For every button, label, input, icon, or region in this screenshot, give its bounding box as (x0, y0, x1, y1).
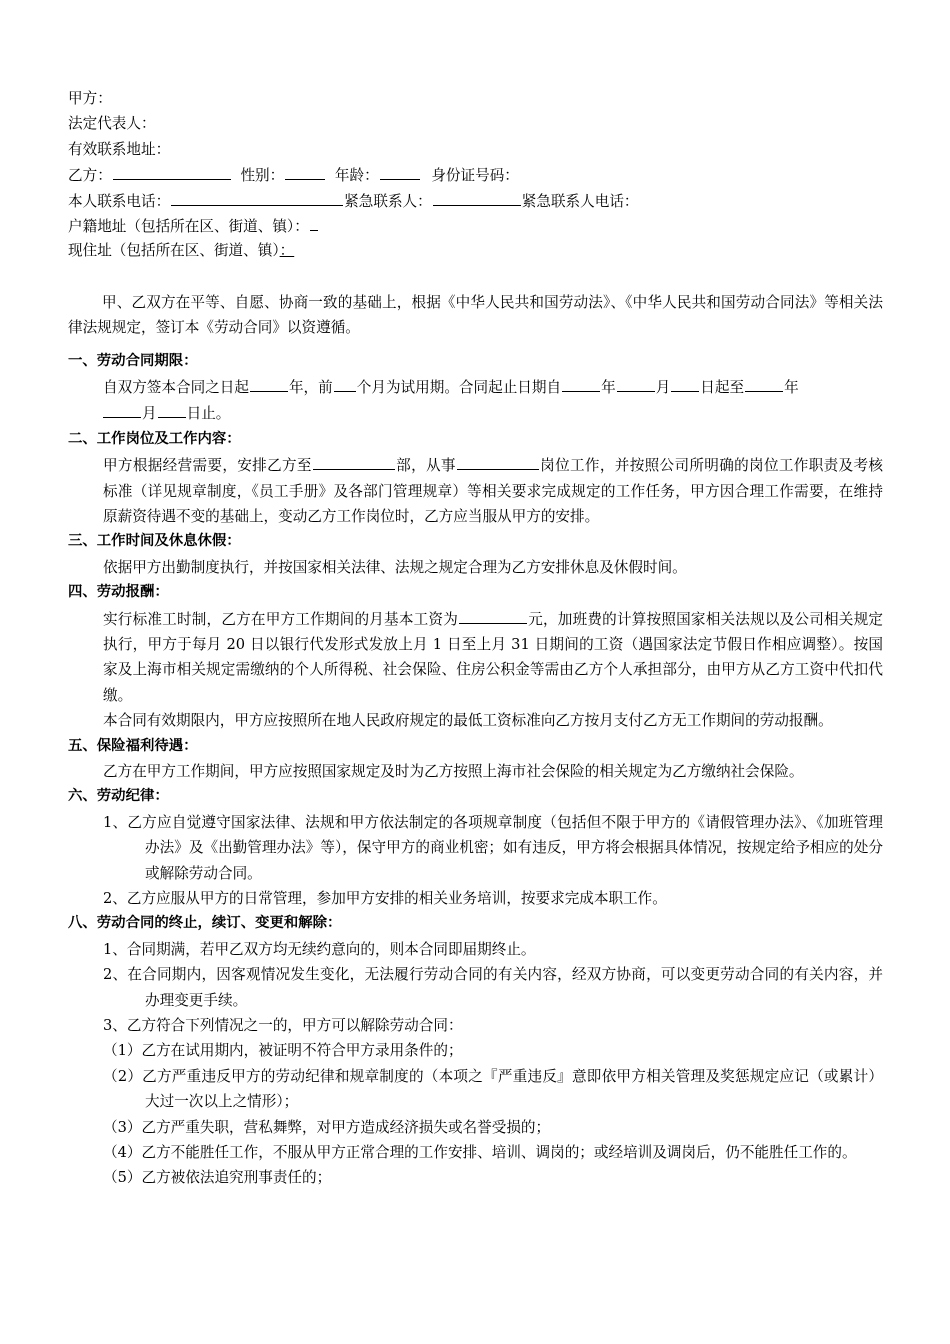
text: 年，前 (289, 379, 333, 396)
legal-rep-field: 法定代表人： (68, 111, 883, 136)
contract-document: 甲方： 法定代表人： 有效联系地址： 乙方： 性别： 年龄： 身份证号码： 本人… (68, 86, 883, 1191)
current-address-blank[interactable]: ： (280, 242, 295, 259)
remuneration-paragraph-2: 本合同有效期限内，甲方应按照所在地人民政府规定的最低工资标准向乙方按月支付乙方无… (68, 708, 883, 733)
party-a-label: 甲方： (68, 90, 112, 107)
sub-list-item: （1）乙方在试用期内，被证明不符合甲方录用条件的； (68, 1038, 883, 1063)
term-years-blank[interactable] (250, 374, 288, 392)
emergency-phone-label: 紧急联系人电话： (522, 193, 639, 210)
text: 自双方签本合同之日起 (103, 379, 249, 396)
address-label: 有效联系地址： (68, 141, 170, 158)
age-label: 年龄： (335, 167, 379, 184)
current-address-row: 现住址（包括所在区、街道、镇）： (68, 238, 883, 263)
start-year-blank[interactable] (562, 374, 600, 392)
text: 甲方根据经营需要，安排乙方至 (103, 457, 312, 474)
list-item: 2、乙方应服从甲方的日常管理，参加甲方安排的相关业务培训，按要求完成本职工作。 (68, 886, 883, 911)
list-item: 3、乙方符合下列情况之一的，甲方可以解除劳动合同： (68, 1013, 883, 1038)
list-item: 2、在合同期内，因客观情况发生变化，无法履行劳动合同的有关内容，经双方协商，可以… (68, 962, 883, 1013)
section-body-contract-term: 自双方签本合同之日起年，前个月为试用期。合同起止日期自年月日起至年月日止。 (68, 374, 883, 427)
text: 月 (142, 405, 157, 422)
sub-list-item: （4）乙方不能胜任工作，不服从甲方正常合理的工作安排、培训、调岗的；或经培训及调… (68, 1140, 883, 1165)
section-heading-termination: 八、劳动合同的终止，续订、变更和解除： (68, 911, 883, 936)
age-blank[interactable] (380, 162, 420, 180)
party-b-blank[interactable] (113, 162, 231, 180)
party-a-field: 甲方： (68, 86, 883, 111)
address-field: 有效联系地址： (68, 137, 883, 162)
current-address-label: 现住址（包括所在区、街道、镇） (68, 242, 280, 259)
start-month-blank[interactable] (617, 374, 655, 392)
party-b-label: 乙方： (68, 167, 112, 184)
text: 日起至 (700, 379, 744, 396)
end-year-blank[interactable] (745, 374, 783, 392)
position-blank[interactable] (457, 452, 539, 470)
text: 实行标准工时制，乙方在甲方工作期间的月基本工资为 (103, 611, 458, 628)
section-heading-insurance: 五、保险福利待遇： (68, 734, 883, 759)
text: 部，从事 (396, 457, 456, 474)
section-body-job-position: 甲方根据经营需要，安排乙方至部，从事岗位工作，并按照公司所明确的岗位工作职责及考… (68, 452, 883, 529)
gender-blank[interactable] (285, 162, 325, 180)
section-heading-working-hours: 三、工作时间及休息休假： (68, 529, 883, 554)
section-heading-labor-discipline: 六、劳动纪律： (68, 784, 883, 809)
section-body-remuneration: 实行标准工时制，乙方在甲方工作期间的月基本工资为元，加班费的计算按照国家相关法规… (68, 606, 883, 709)
hukou-address-row: 户籍地址（包括所在区、街道、镇）： (68, 213, 883, 238)
text: 年 (601, 379, 616, 396)
gender-label: 性别： (240, 167, 284, 184)
sub-list-item: （5）乙方被依法追究刑事责任的； (68, 1165, 883, 1190)
section-body-insurance: 乙方在甲方工作期间，甲方应按照国家规定及时为乙方按照上海市社会保险的相关规定为乙… (68, 759, 883, 784)
party-b-row: 乙方： 性别： 年龄： 身份证号码： (68, 162, 883, 187)
hukou-address-blank[interactable] (310, 213, 318, 231)
contact-row: 本人联系电话：紧急联系人：紧急联系人电话： (68, 188, 883, 213)
text: 月 (656, 379, 671, 396)
text: 日止。 (187, 405, 231, 422)
sub-list-item: （3）乙方严重失职，营私舞弊，对甲方造成经济损失或名誉受损的； (68, 1115, 883, 1140)
text: 个月为试用期。合同起止日期自 (357, 379, 561, 396)
hukou-address-label: 户籍地址（包括所在区、街道、镇）： (68, 218, 309, 235)
section-heading-contract-term: 一、劳动合同期限： (68, 349, 883, 374)
department-blank[interactable] (313, 452, 395, 470)
end-month-blank[interactable] (103, 400, 141, 418)
sub-list-item: （2）乙方严重违反甲方的劳动纪律和规章制度的（本项之『严重违反』意即依甲方相关管… (68, 1064, 883, 1115)
section-heading-remuneration: 四、劳动报酬： (68, 580, 883, 605)
text: 年 (784, 379, 799, 396)
emergency-contact-label: 紧急联系人： (344, 193, 432, 210)
emergency-contact-blank[interactable] (433, 188, 521, 206)
id-number-label: 身份证号码： (431, 167, 519, 184)
probation-months-blank[interactable] (334, 374, 356, 392)
section-body-working-hours: 依据甲方出勤制度执行，并按国家相关法律、法规之规定合理为乙方安排休息及休假时间。 (68, 555, 883, 580)
legal-rep-label: 法定代表人： (68, 115, 156, 132)
end-day-blank[interactable] (158, 400, 186, 418)
section-heading-job-position: 二、工作岗位及工作内容： (68, 427, 883, 452)
list-item: 1、乙方应自觉遵守国家法律、法规和甲方依法制定的各项规章制度（包括但不限于甲方的… (68, 810, 883, 886)
phone-label: 本人联系电话： (68, 193, 170, 210)
start-day-blank[interactable] (671, 374, 699, 392)
base-salary-blank[interactable] (459, 606, 527, 624)
phone-blank[interactable] (171, 188, 343, 206)
list-item: 1、合同期满，若甲乙双方均无续约意向的，则本合同即届期终止。 (68, 937, 883, 962)
preamble-paragraph: 甲、乙双方在平等、自愿、协商一致的基础上，根据《中华人民共和国劳动法》、《中华人… (68, 290, 883, 341)
